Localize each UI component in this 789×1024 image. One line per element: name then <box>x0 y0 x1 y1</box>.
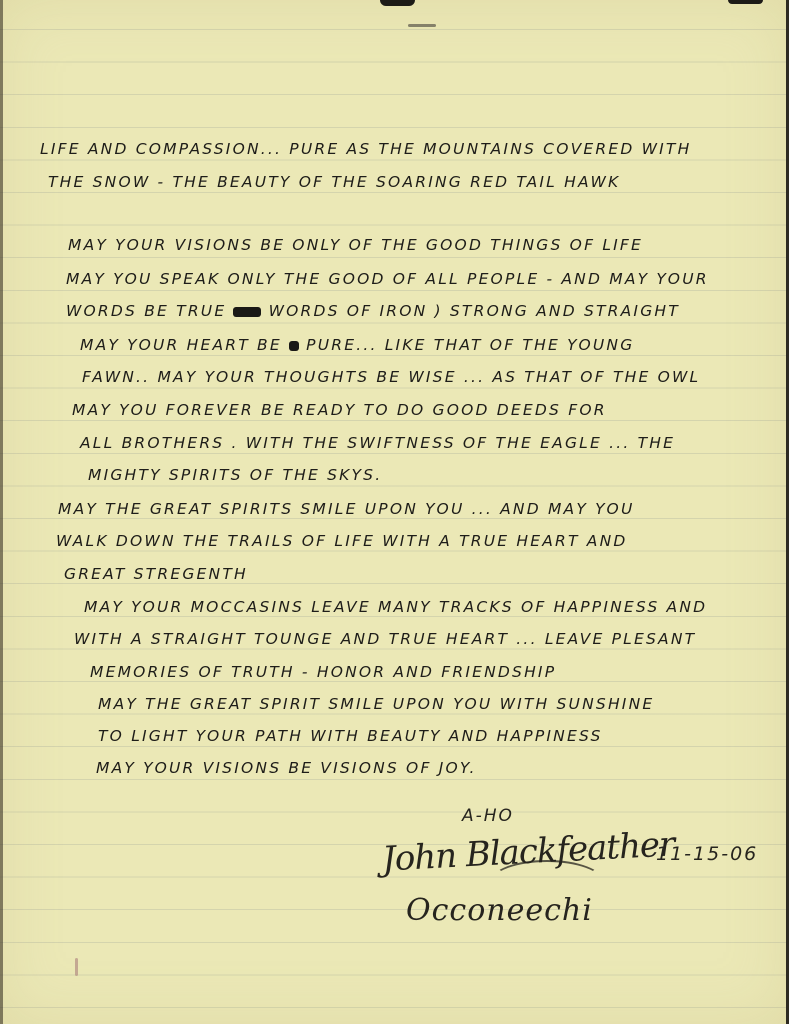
line-text: words of Iron ) Strong and Straight <box>269 302 680 320</box>
letter-line: All Brothers . with the swiftness of the… <box>80 434 675 452</box>
letter-line: mighty spirits of the Skys. <box>88 466 382 484</box>
line-text: words be true <box>66 302 226 320</box>
letter-line: May the Great Spirits Smile upon you ...… <box>58 500 635 518</box>
letter-line: Great Stregenth <box>64 565 248 583</box>
line-text: May your Heart be <box>80 336 282 354</box>
letter-line: May your Visions be only of the Good Thi… <box>68 236 643 254</box>
letter-line: May your Visions be visions of Joy. <box>96 759 477 777</box>
letter-line: Life and Compassion... Pure as the mount… <box>40 140 691 158</box>
signature-date: 11-15-06 <box>656 843 758 865</box>
letter-line: May your Heart be pure... like that of t… <box>80 336 634 354</box>
letter-line: May you Speak only the Good of All Peopl… <box>66 270 709 288</box>
letter-line: words be true words of Iron ) Strong and… <box>66 302 680 320</box>
letter-page: Life and Compassion... Pure as the mount… <box>0 0 789 1024</box>
signature-closing: A-HO <box>462 806 514 826</box>
top-ink-mark <box>380 0 415 6</box>
ink-blot-redaction <box>233 307 261 317</box>
letter-line: May you forever be Ready to Do Good Deed… <box>72 401 607 419</box>
top-ink-mark <box>728 0 763 4</box>
letter-line: with a straight tounge and true Heart ..… <box>74 630 696 648</box>
letter-line: May the Great Spirit Smile upon you with… <box>98 695 654 713</box>
page-left-edge <box>0 0 3 1024</box>
letter-line: memories of Truth - Honor and FriendShip <box>90 663 556 681</box>
pencil-dash-mark <box>408 24 436 27</box>
margin-mark <box>75 958 78 976</box>
letter-line: to Light your Path with Beauty and Happi… <box>98 727 603 745</box>
letter-line: walk down the Trails of Life with a True… <box>56 532 628 550</box>
letter-line: the snow - the Beauty of the Soaring Red… <box>48 173 620 191</box>
letter-line: May your moccasins leave many tracks of … <box>84 598 707 616</box>
line-text: pure... like that of the young <box>306 336 634 354</box>
signature-tribe: Occoneechi <box>406 893 593 928</box>
ink-blot-redaction <box>289 341 299 351</box>
letter-line: Fawn.. May your thoughts be wise ... as … <box>82 368 700 386</box>
